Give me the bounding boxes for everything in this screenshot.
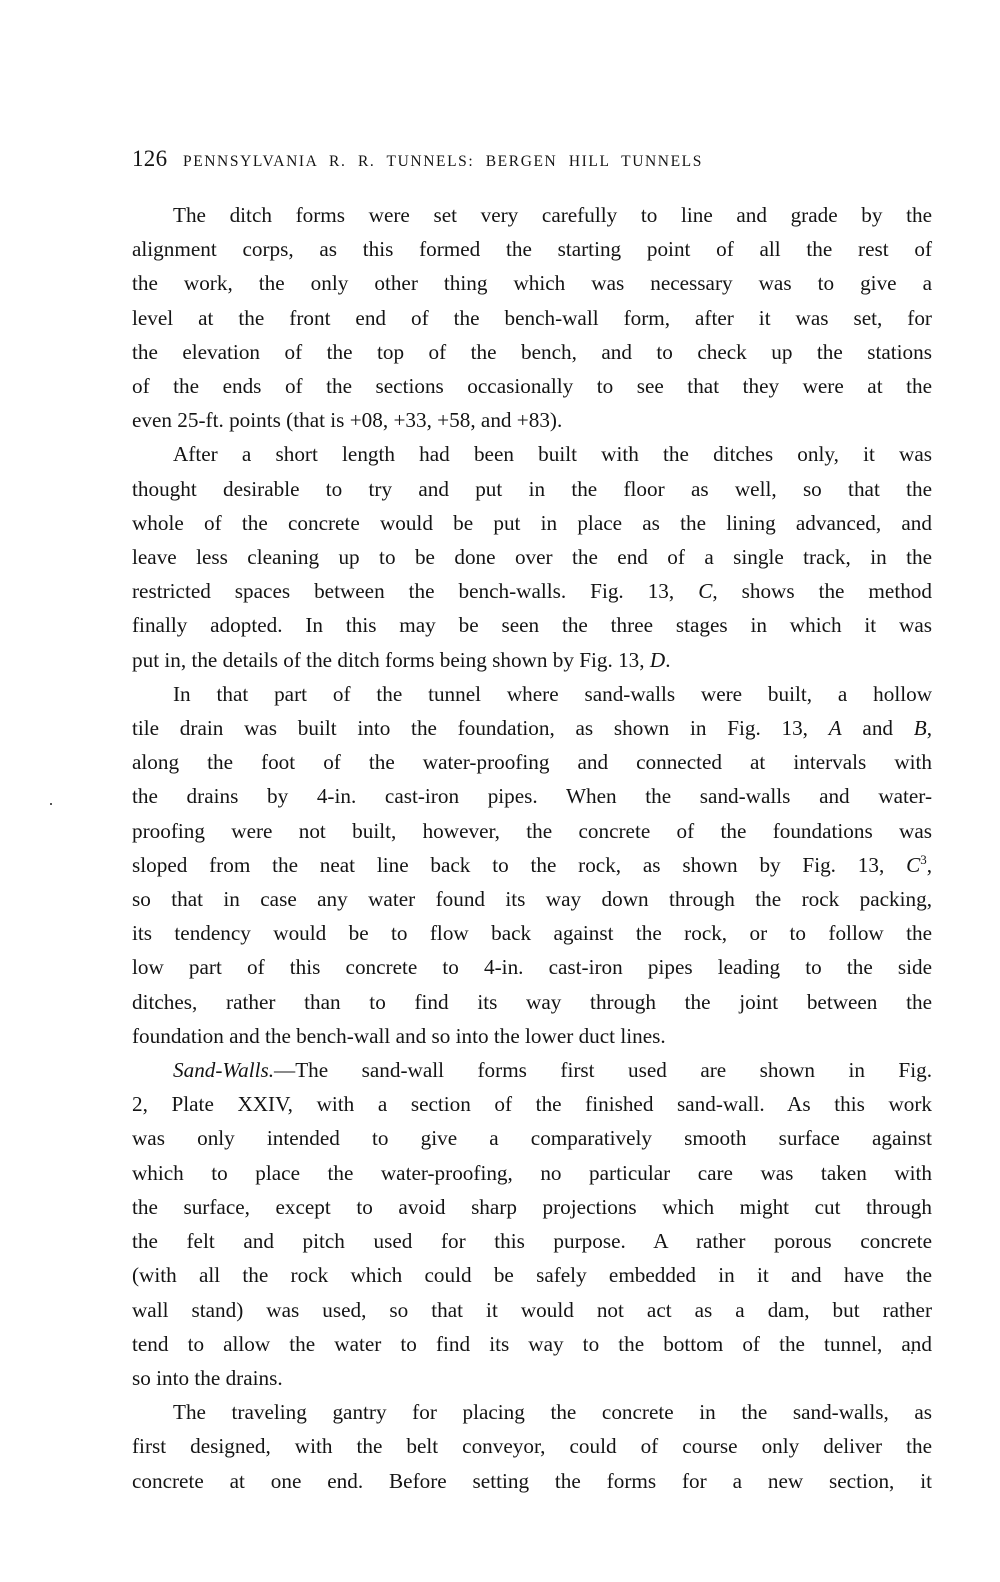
text-line: so that in case any water found its way … [132,882,932,916]
figure-reference: D [650,648,665,672]
text-line: tend to allow the water to find its way … [132,1327,932,1361]
text-line: level at the front end of the bench-wall… [132,301,932,335]
figure-reference: C [698,579,712,603]
text-line: the surface, except to avoid sharp proje… [132,1190,932,1224]
text-line: the work, the only other thing which was… [132,266,932,300]
text-line: (with all the rock which could be safely… [132,1258,932,1292]
text-line: whole of the concrete would be put in pl… [132,506,932,540]
text-line: ditches, rather than to find its way thr… [132,985,932,1019]
figure-reference: C [906,853,920,877]
body-text: The ditch forms were set very carefully … [132,198,932,1498]
text-line: The ditch forms were set very carefully … [132,198,932,232]
text-line: of the ends of the sections occasionally… [132,369,932,403]
paragraph-traveling-gantry: The traveling gantry for placing the con… [132,1395,932,1498]
text-line: concrete at one end. Before setting the … [132,1464,932,1498]
paragraph-drainage: In that part of the tunnel where sand-wa… [132,677,932,1053]
text-line: tile drain was built into the foundation… [132,711,932,745]
text-line: the felt and pitch used for this purpose… [132,1224,932,1258]
text-run: put in, the details of the ditch forms b… [132,648,650,672]
scan-speck [50,803,52,805]
figure-reference: A [829,716,842,740]
text-line: sloped from the neat line back to the ro… [132,848,932,882]
text-line: In that part of the tunnel where sand-wa… [132,677,932,711]
text-line: put in, the details of the ditch forms b… [132,643,932,677]
text-line: its tendency would be to flow back again… [132,916,932,950]
text-line: even 25-ft. points (that is +08, +33, +5… [132,403,932,437]
paragraph-sand-walls: Sand-Walls.—The sand-wall forms first us… [132,1053,932,1395]
text-run: . [665,648,670,672]
text-line: along the foot of the water-proofing and… [132,745,932,779]
text-run: sloped from the neat line back to the ro… [132,853,906,877]
text-run: —The sand-wall forms first used are show… [274,1058,932,1082]
text-line: After a short length had been built with… [132,437,932,471]
section-heading: Sand-Walls. [173,1058,274,1082]
text-line: leave less cleaning up to be done over t… [132,540,932,574]
text-line: was only intended to give a comparativel… [132,1121,932,1155]
text-run: , shows the method [712,579,932,603]
paragraph-floor-placement: After a short length had been built with… [132,437,932,676]
text-line: wall stand) was used, so that it would n… [132,1293,932,1327]
text-run: and [842,716,914,740]
text-line: so into the drains. [132,1361,932,1395]
text-line: the elevation of the top of the bench, a… [132,335,932,369]
text-line: 2, Plate XXIV, with a section of the fin… [132,1087,932,1121]
text-line: thought desirable to try and put in the … [132,472,932,506]
text-line: which to place the water-proofing, no pa… [132,1156,932,1190]
figure-reference: B [914,716,927,740]
text-line: The traveling gantry for placing the con… [132,1395,932,1429]
text-line: restricted spaces between the bench-wall… [132,574,932,608]
text-run: , [927,853,932,877]
running-title: PENNSYLVANIA R. R. TUNNELS: BERGEN HILL … [183,153,703,170]
text-line: first designed, with the belt conveyor, … [132,1429,932,1463]
text-line: foundation and the bench-wall and so int… [132,1019,932,1053]
text-line: Sand-Walls.—The sand-wall forms first us… [132,1053,932,1087]
paragraph-ditch-forms: The ditch forms were set very carefully … [132,198,932,437]
text-line: alignment corps, as this formed the star… [132,232,932,266]
page-number: 126 [132,146,167,171]
text-line: proofing were not built, however, the co… [132,814,932,848]
text-line: finally adopted. In this may be seen the… [132,608,932,642]
running-header: 126 PENNSYLVANIA R. R. TUNNELS: BERGEN H… [132,146,932,172]
text-run: tile drain was built into the foundation… [132,716,829,740]
text-run: , [927,716,932,740]
scan-speck [911,1352,913,1354]
text-line: the drains by 4-in. cast-iron pipes. Whe… [132,779,932,813]
text-run: restricted spaces between the bench-wall… [132,579,698,603]
text-line: low part of this concrete to 4-in. cast-… [132,950,932,984]
